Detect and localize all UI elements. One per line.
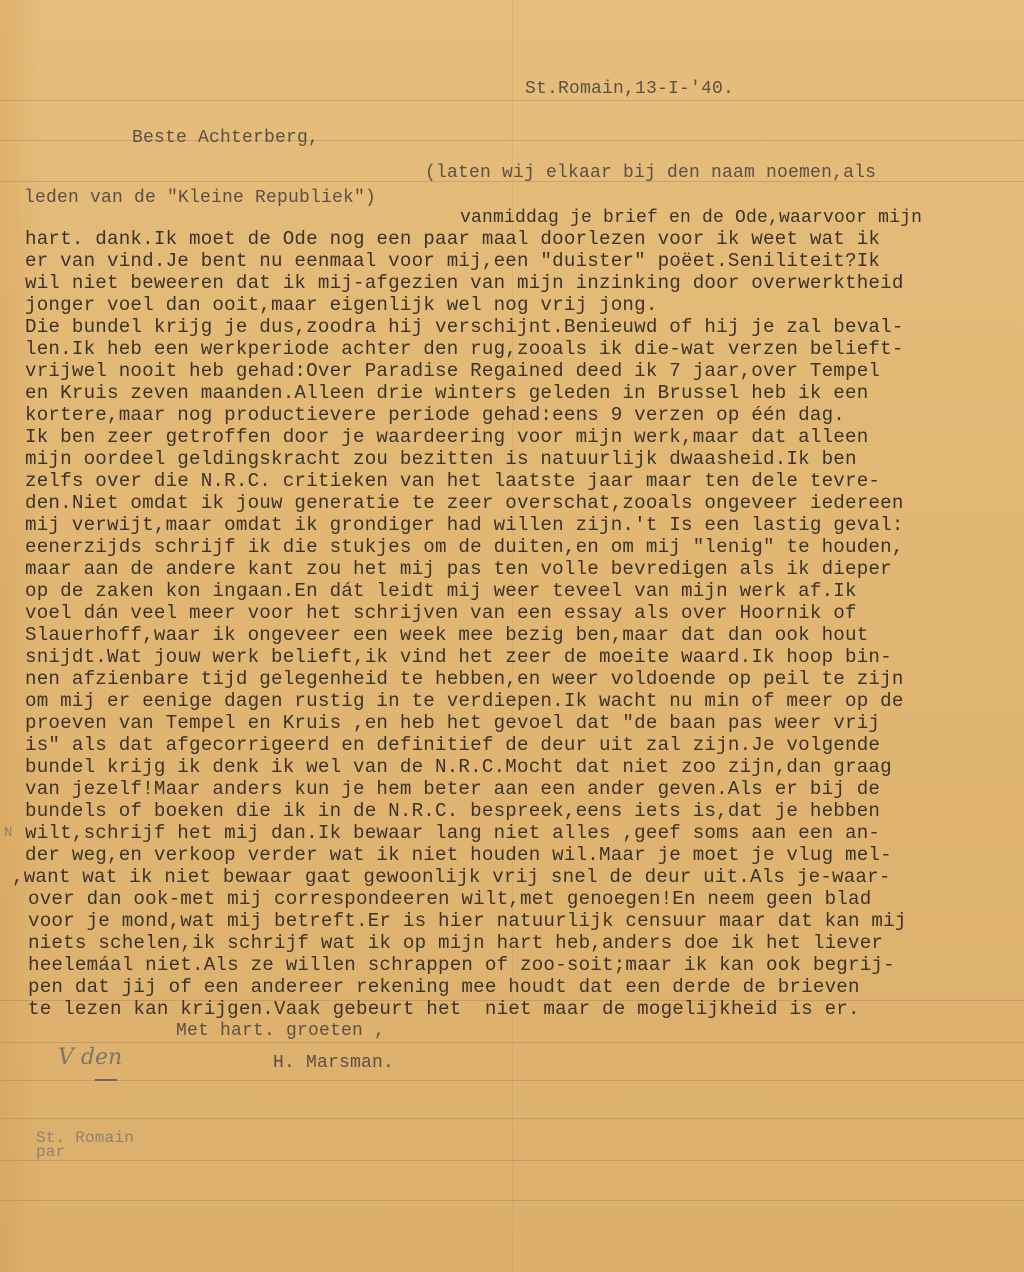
place-date: St.Romain,13-I-'40. [525,78,734,100]
letter-line: mij verwijt,maar omdat ik grondiger had … [25,514,904,536]
letter-line: Die bundel krijg je dus,zoodra hij versc… [25,316,904,338]
letter-line: op de zaken kon ingaan.En dát leidt mij … [25,580,857,602]
letter-line: Slauerhoff,waar ik ongeveer een week mee… [25,624,868,646]
letter-line: ,want wat ik niet bewaar gaat gewoonlijk… [12,866,891,888]
letter-line: len.Ik heb een werkperiode achter den ru… [25,338,904,360]
faint-stamp-line2: par [36,1141,65,1163]
closing: Met hart. groeten , [176,1020,385,1042]
letter-line: te lezen kan krijgen.Vaak gebeurt het ni… [28,998,860,1020]
letter-line: voor je mond,wat mij betreft.Er is hier … [28,910,907,932]
handwritten-note: V den [58,1045,122,1070]
letter-line: er van vind.Je bent nu eenmaal voor mij,… [25,250,880,272]
letter-line: der weg,en verkoop verder wat ik niet ho… [25,844,892,866]
letter-line: is" als dat afgecorrigeerd en definitief… [25,734,880,756]
ruled-line [0,1042,1024,1043]
letter-line: Ik ben zeer getroffen door je waardeerin… [25,426,868,448]
letter-line: den.Niet omdat ik jouw generatie te zeer… [25,492,904,514]
letter-line: kortere,maar nog productievere periode g… [25,404,845,426]
letter-line: hart. dank.Ik moet de Ode nog een paar m… [25,228,880,250]
letter-line: over dan ook-met mij correspondeeren wil… [28,888,871,910]
letter-line: vanmiddag je brief en de Ode,waarvoor mi… [460,207,922,229]
letter-line: leden van de "Kleine Republiek") [24,187,376,209]
letter-line: nen afzienbare tijd gelegenheid te hebbe… [25,668,904,690]
letter-line: jonger voel dan ooit,maar eigenlijk wel … [25,294,658,316]
ruled-line [0,1080,1024,1081]
letter-line: proeven van Tempel en Kruis ,en heb het … [25,712,880,734]
letter-line: wil niet beweeren dat ik mij-afgezien va… [25,272,904,294]
letter-line: mijn oordeel geldingskracht zou bezitten… [25,448,857,470]
letter-line: zelfs over die N.R.C. critieken van het … [25,470,880,492]
margin-mark: N [4,825,12,841]
letter-line: (laten wij elkaar bij den naam noemen,al… [425,162,876,184]
signature: H. Marsman. [273,1052,394,1074]
handwritten-dash [95,1079,117,1081]
letter-line: eenerzijds schrijf ik die stukjes om de … [25,536,904,558]
ruled-line [0,100,1024,101]
letter-line: vrijwel nooit heb gehad:Over Paradise Re… [25,360,880,382]
letter-line: bundel krijg ik denk ik wel van de N.R.C… [25,756,892,778]
ruled-line [0,1200,1024,1201]
ruled-line [0,1160,1024,1161]
letter-line: heelemáal niet.Als ze willen schrappen o… [28,954,895,976]
letter-line: om mij er eenige dagen rustig in te verd… [25,690,904,712]
salutation: Beste Achterberg, [132,127,319,149]
letter-line: bundels of boeken die ik in de N.R.C. be… [25,800,880,822]
letter-line: niets schelen,ik schrijf wat ik op mijn … [28,932,883,954]
letter-line: pen dat jij of een andereer rekening mee… [28,976,860,998]
letter-line: maar aan de andere kant zou het mij pas … [25,558,892,580]
letter-line: en Kruis zeven maanden.Alleen drie winte… [25,382,868,404]
letter-line: van jezelf!Maar anders kun je hem beter … [25,778,880,800]
letter-line: wilt,schrijf het mij dan.Ik bewaar lang … [25,822,880,844]
letter-line: snijdt.Wat jouw werk belieft,ik vind het… [25,646,892,668]
ruled-line [0,1118,1024,1119]
letter-line: voel dán veel meer voor het schrijven va… [25,602,857,624]
